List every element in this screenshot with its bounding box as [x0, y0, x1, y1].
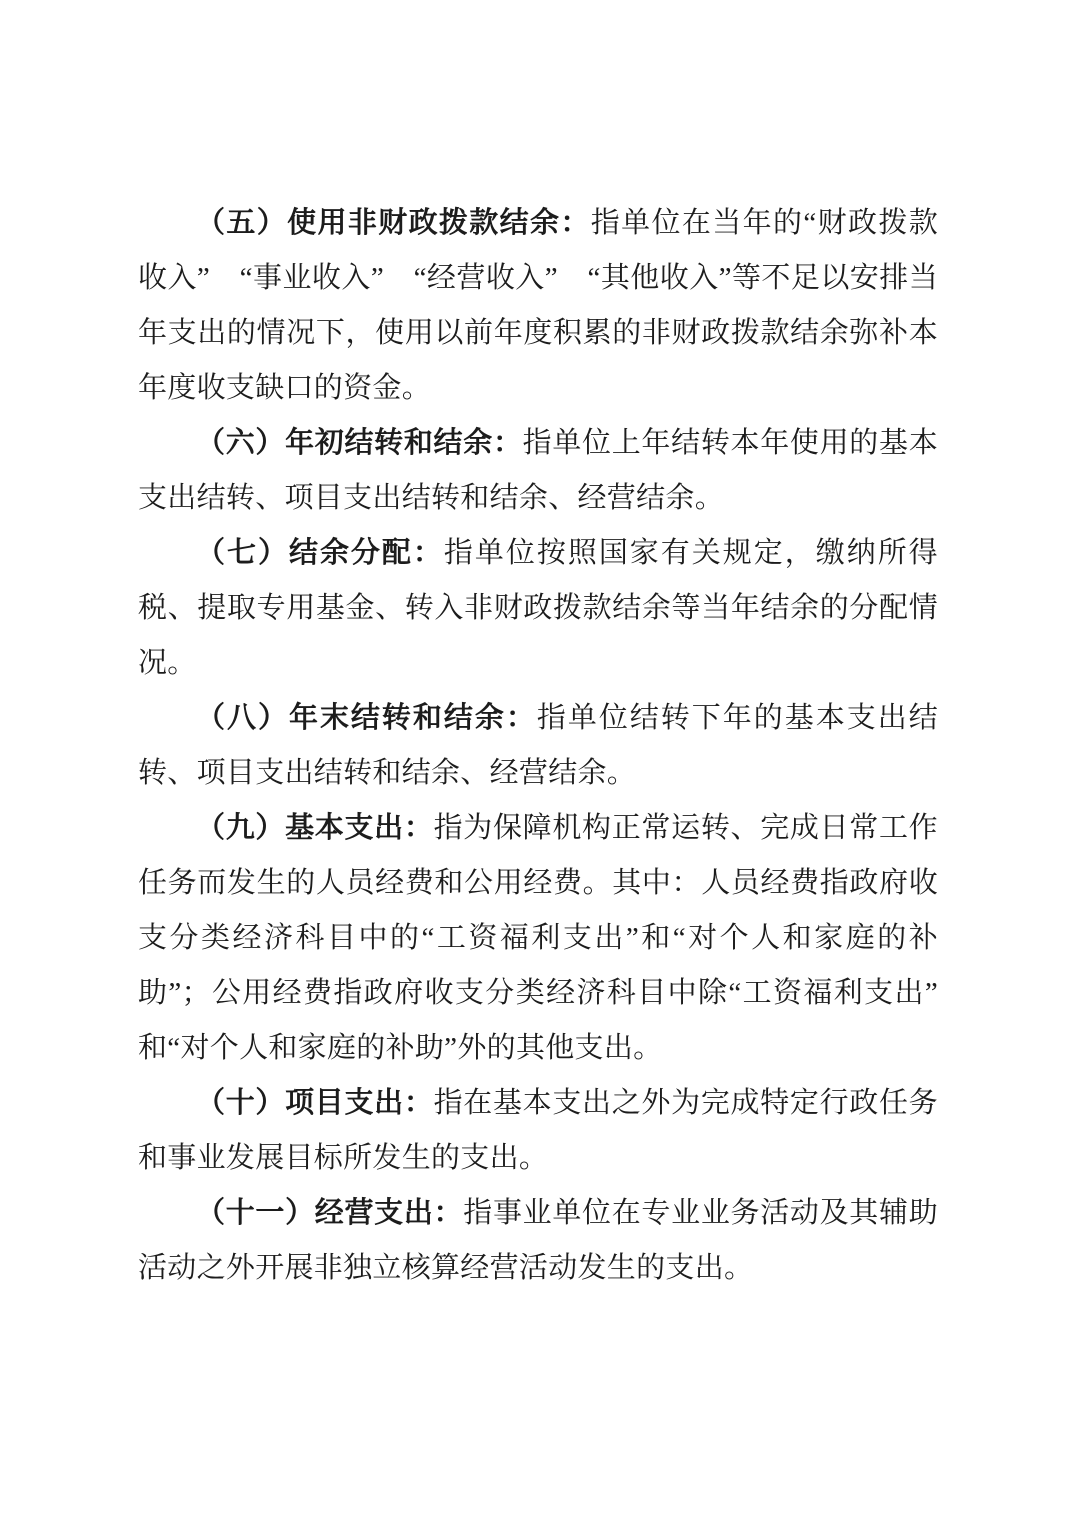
term-definition-5: （五）使用非财政拨款结余：指单位在当年的“财政拨款收入” “事业收入” “经营收… [138, 196, 938, 416]
term-body-9: 指为保障机构正常运转、完成日常工作任务而发生的人员经费和公用经费。其中：人员经费… [138, 812, 938, 1064]
term-definition-11: （十一）经营支出：指事业单位在专业业务活动及其辅助活动之外开展非独立核算经营活动… [138, 1186, 938, 1296]
term-title-8: （八）年末结转和结余： [196, 702, 537, 734]
document-page: （五）使用非财政拨款结余：指单位在当年的“财政拨款收入” “事业收入” “经营收… [0, 0, 1075, 1521]
term-title-9: （九）基本支出： [196, 812, 434, 844]
term-title-7: （七）结余分配： [196, 537, 444, 569]
term-definition-8: （八）年末结转和结余：指单位结转下年的基本支出结转、项目支出结转和结余、经营结余… [138, 691, 938, 801]
term-definition-9: （九）基本支出：指为保障机构正常运转、完成日常工作任务而发生的人员经费和公用经费… [138, 801, 938, 1076]
term-title-6: （六）年初结转和结余： [196, 427, 523, 459]
definitions-text-block: （五）使用非财政拨款结余：指单位在当年的“财政拨款收入” “事业收入” “经营收… [138, 196, 938, 1296]
term-title-11: （十一）经营支出： [196, 1197, 463, 1229]
term-definition-7: （七）结余分配：指单位按照国家有关规定，缴纳所得税、提取专用基金、转入非财政拨款… [138, 526, 938, 691]
term-title-10: （十）项目支出： [196, 1087, 434, 1119]
term-definition-6: （六）年初结转和结余：指单位上年结转本年使用的基本支出结转、项目支出结转和结余、… [138, 416, 938, 526]
term-title-5: （五）使用非财政拨款结余： [196, 207, 591, 239]
term-definition-10: （十）项目支出：指在基本支出之外为完成特定行政任务和事业发展目标所发生的支出。 [138, 1076, 938, 1186]
